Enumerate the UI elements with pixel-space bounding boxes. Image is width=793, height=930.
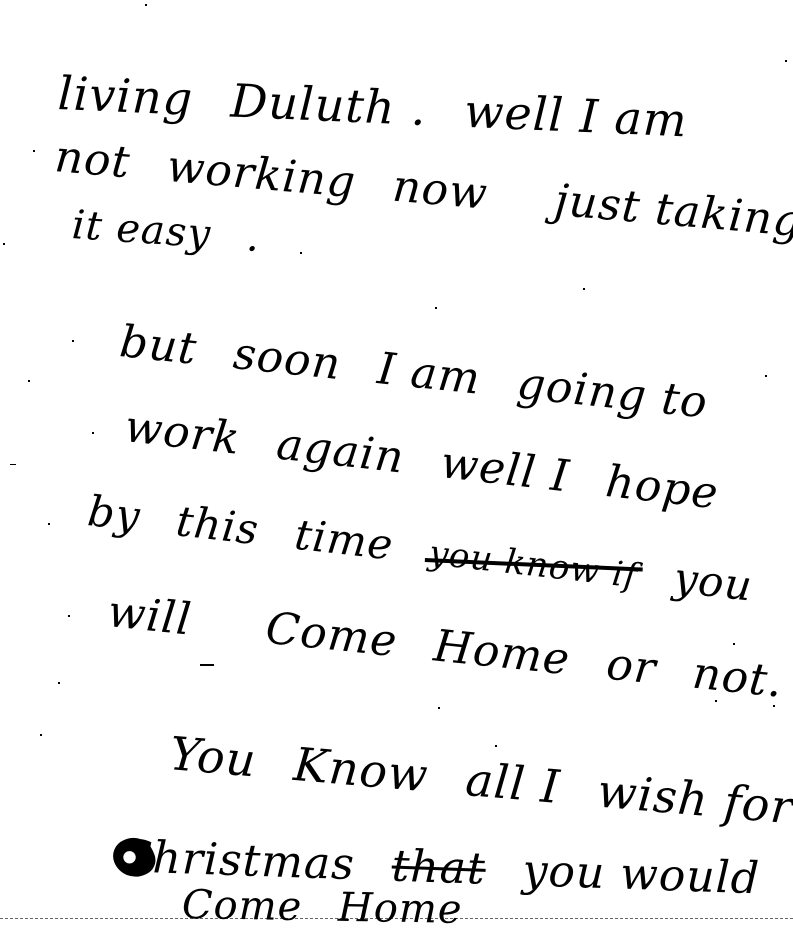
handwritten-line-1: living Duluth . well I am — [57, 70, 711, 144]
word: now — [391, 165, 490, 217]
word: just taking — [553, 179, 793, 244]
scan-dotted-rule — [0, 918, 793, 919]
scan-speck — [583, 288, 585, 290]
scan-speck — [92, 432, 94, 434]
word: well I am — [463, 88, 688, 144]
word: . — [245, 217, 261, 258]
word: wish for — [596, 768, 793, 831]
word: again — [274, 422, 406, 480]
scan-speck — [40, 734, 42, 736]
word: working — [165, 145, 358, 205]
scan-speck — [3, 243, 5, 245]
scan-speck — [773, 705, 775, 707]
handwritten-line-10: Come Home — [182, 885, 485, 930]
word: hope — [604, 460, 721, 517]
letter-page: living Duluth . well I am not working no… — [0, 0, 793, 930]
scan-speck — [438, 707, 440, 709]
word: soon — [231, 332, 343, 387]
word: will — [106, 590, 194, 643]
word: or — [604, 643, 658, 692]
word: well I — [438, 441, 571, 499]
word: you — [672, 557, 755, 608]
scan-speck — [715, 700, 717, 702]
word: Duluth . — [230, 78, 428, 133]
word: ristmas — [181, 837, 355, 887]
word: Come — [182, 885, 303, 927]
struck-out-word: that — [391, 845, 486, 892]
word: you would — [522, 849, 761, 901]
word: all I — [464, 756, 562, 810]
scan-speck — [58, 682, 60, 684]
word: not — [53, 135, 132, 185]
scan-speck — [68, 615, 70, 617]
scan-dash-mark — [200, 664, 214, 666]
word: it easy — [71, 205, 213, 255]
handwritten-line-8: You Know all I wish for — [168, 730, 793, 832]
scan-speck — [785, 60, 787, 62]
scan-speck — [435, 307, 437, 309]
word: Know — [292, 741, 431, 799]
struck-out-word: you know if — [427, 536, 639, 594]
scan-speck — [733, 643, 735, 645]
word: going to — [515, 362, 710, 426]
scan-speck — [145, 4, 147, 6]
scan-speck — [300, 252, 302, 254]
word: I am — [375, 347, 482, 402]
scan-speck — [765, 375, 767, 377]
word: time — [293, 514, 396, 567]
handwritten-line-7: will Come Home or not. — [106, 590, 793, 707]
ink-blot-struck-letters: Ch — [117, 835, 183, 881]
word: Home — [338, 888, 463, 930]
word: living — [57, 70, 194, 122]
scan-speck — [48, 523, 50, 525]
word: Come — [264, 607, 400, 665]
word: Home — [432, 624, 572, 682]
word: but — [118, 320, 199, 372]
scan-speck — [72, 340, 74, 342]
scan-speck — [495, 745, 497, 747]
word: work — [123, 405, 243, 462]
scan-speck — [33, 150, 35, 152]
word: not. — [690, 652, 785, 705]
word: You — [168, 730, 258, 783]
word: this — [174, 500, 261, 551]
word: by — [86, 490, 143, 538]
scan-speck — [28, 380, 30, 382]
handwritten-line-3: it easy . — [71, 205, 284, 260]
scan-dash-mark — [10, 464, 16, 465]
